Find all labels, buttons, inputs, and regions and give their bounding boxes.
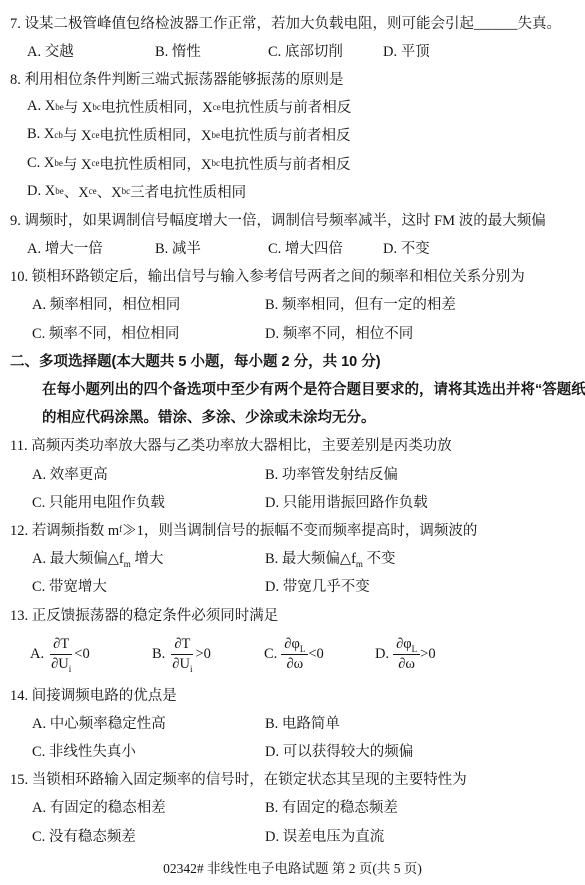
option-13d: D. ∂φL ∂ω >0 <box>375 636 436 672</box>
option-15a: A. 有固定的稳态相差 <box>32 796 265 817</box>
option-13a: A. ∂T ∂Ui <0 <box>30 636 152 672</box>
option-8d: D. Xbe、Xce、Xbc 三者电抗性质相同 <box>10 177 573 205</box>
option-11a: A. 效率更高 <box>32 463 265 484</box>
fraction: ∂φL ∂ω <box>393 636 420 672</box>
question-11-stem: 11. 高频丙类功率放大器与乙类功率放大器相比，主要差别是丙类功放 <box>10 431 573 459</box>
question-14-options-row1: A. 中心频率稳定性高 B. 电路简单 <box>10 708 573 736</box>
option-15d: D. 误差电压为直流 <box>265 825 384 846</box>
section-2-title: 二、多项选择题(本大题共 5 小题，每小题 2 分，共 10 分) <box>10 346 573 374</box>
option-7a: A. 交越 <box>27 40 155 61</box>
question-13-stem: 13. 正反馈振荡器的稳定条件必须同时满足 <box>10 600 573 628</box>
option-10a: A. 频率相同，相位相同 <box>32 293 265 314</box>
option-9c: C. 增大四倍 <box>268 237 383 258</box>
question-7-stem: 7. 设某二极管峰值包络检波器工作正常，若加大负载电阻，则可能会引起______… <box>10 8 573 36</box>
question-9-options: A. 增大一倍 B. 减半 C. 增大四倍 D. 不变 <box>10 234 573 262</box>
option-14a: A. 中心频率稳定性高 <box>32 712 265 733</box>
option-10b: B. 频率相同，但有一定的相差 <box>265 293 456 314</box>
fraction: ∂T ∂Ui <box>169 636 195 672</box>
question-15-stem: 15. 当锁相环路输入固定频率的信号时，在锁定状态其呈现的主要特性为 <box>10 765 573 793</box>
option-8a: A. Xbe 与 Xbc 电抗性质相同，Xce 电抗性质与前者相反 <box>10 93 573 121</box>
option-9a: A. 增大一倍 <box>27 237 155 258</box>
option-13c: C. ∂φL ∂ω <0 <box>264 636 375 672</box>
question-15-options-row2: C. 没有稳态频差 D. 误差电压为直流 <box>10 821 573 849</box>
question-12-options-row2: C. 带宽增大 D. 带宽几乎不变 <box>10 572 573 600</box>
fraction: ∂φL ∂ω <box>281 636 308 672</box>
option-12c: C. 带宽增大 <box>32 575 265 596</box>
option-12d: D. 带宽几乎不变 <box>265 575 370 596</box>
option-7d: D. 平顶 <box>383 40 430 61</box>
question-11-options-row1: A. 效率更高 B. 功率管发射结反偏 <box>10 459 573 487</box>
option-11b: B. 功率管发射结反偏 <box>265 463 398 484</box>
question-10-options-row1: A. 频率相同，相位相同 B. 频率相同，但有一定的相差 <box>10 290 573 318</box>
question-10-stem: 10. 锁相环路锁定后，输出信号与输入参考信号两者之间的频率和相位关系分别为 <box>10 262 573 290</box>
question-11-options-row2: C. 只能用电阻作负载 D. 只能用谐振回路作负载 <box>10 487 573 515</box>
question-9-stem: 9. 调频时，如果调制信号幅度增大一倍，调制信号频率减半，这时 FM 波的最大频… <box>10 205 573 233</box>
option-9d: D. 不变 <box>383 237 430 258</box>
option-10c: C. 频率不同，相位相同 <box>32 322 265 343</box>
question-10-options-row2: C. 频率不同，相位相同 D. 频率不同，相位不同 <box>10 318 573 346</box>
fraction: ∂T ∂Ui <box>48 636 74 672</box>
option-14c: C. 非线性失真小 <box>32 740 265 761</box>
question-12-stem: 12. 若调频指数 mf≫1，则当调制信号的振幅不变而频率提高时，调频波的 <box>10 515 573 543</box>
exam-paper-page: 7. 设某二极管峰值包络检波器工作正常，若加大负载电阻，则可能会引起______… <box>0 0 585 885</box>
question-7-options: A. 交越 B. 惰性 C. 底部切削 D. 平顶 <box>10 36 573 64</box>
option-11c: C. 只能用电阻作负载 <box>32 491 265 512</box>
question-13-options: A. ∂T ∂Ui <0 B. ∂T ∂Ui >0 C. ∂φL ∂ω <0 D… <box>10 628 573 680</box>
option-12a: A. 最大频偏△fm 增大 <box>32 547 265 568</box>
option-8b: B. Xcb 与 Xce 电抗性质相同，Xbe 电抗性质与前者相反 <box>10 121 573 149</box>
option-15b: B. 有固定的稳态频差 <box>265 796 398 817</box>
section-2-instruction-line1: 在每小题列出的四个备选项中至少有两个是符合题目要求的，请将其选出并将“答题纸” <box>10 374 573 402</box>
page-footer: 02342# 非线性电子电路试题 第 2 页(共 5 页) <box>0 857 585 877</box>
option-15c: C. 没有稳态频差 <box>32 825 265 846</box>
question-8-stem: 8. 利用相位条件判断三端式振荡器能够振荡的原则是 <box>10 64 573 92</box>
option-7c: C. 底部切削 <box>268 40 383 61</box>
option-10d: D. 频率不同，相位不同 <box>265 322 413 343</box>
option-14d: D. 可以获得较大的频偏 <box>265 740 413 761</box>
question-15-options-row1: A. 有固定的稳态相差 B. 有固定的稳态频差 <box>10 793 573 821</box>
option-7b: B. 惰性 <box>155 40 268 61</box>
question-14-stem: 14. 间接调频电路的优点是 <box>10 680 573 708</box>
question-12-options-row1: A. 最大频偏△fm 增大 B. 最大频偏△fm 不变 <box>10 544 573 572</box>
option-12b: B. 最大频偏△fm 不变 <box>265 547 396 568</box>
section-2-instruction-line2: 的相应代码涂黑。错涂、多涂、少涂或未涂均无分。 <box>10 403 573 431</box>
option-8c: C. Xbe 与 Xce 电抗性质相同，Xbc 电抗性质与前者相反 <box>10 149 573 177</box>
option-13b: B. ∂T ∂Ui >0 <box>152 636 264 672</box>
question-14-options-row2: C. 非线性失真小 D. 可以获得较大的频偏 <box>10 737 573 765</box>
option-14b: B. 电路简单 <box>265 712 340 733</box>
option-11d: D. 只能用谐振回路作负载 <box>265 491 428 512</box>
option-9b: B. 减半 <box>155 237 268 258</box>
